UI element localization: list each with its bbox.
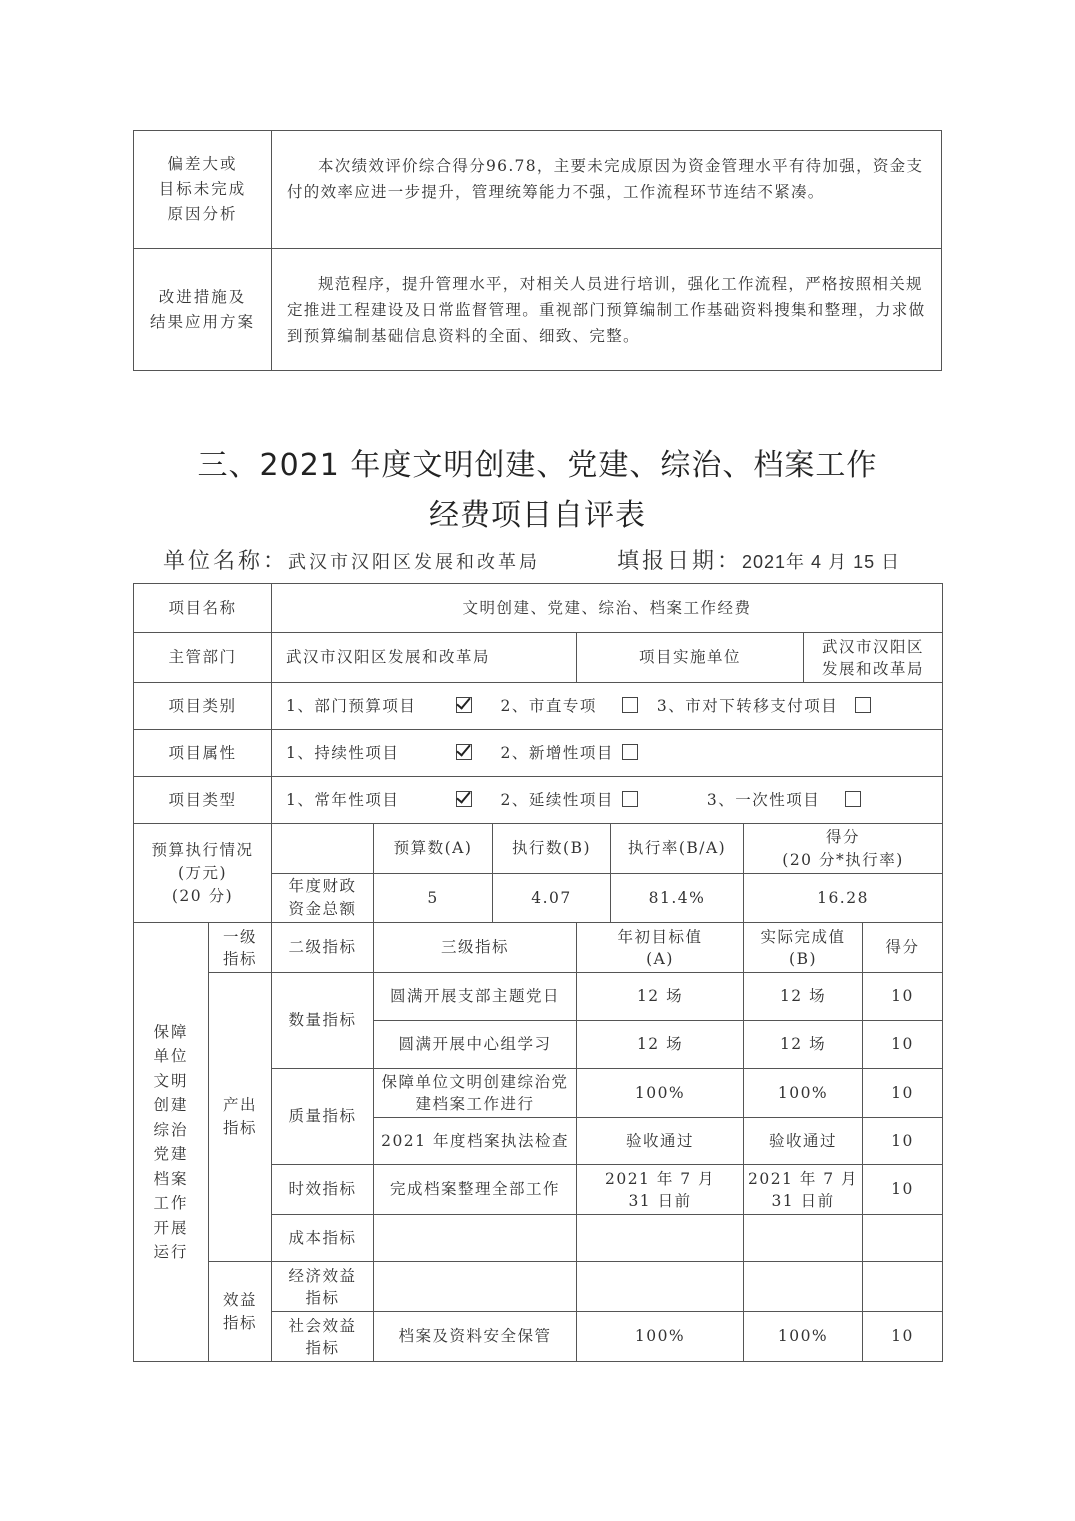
implementing-unit-line: 武汉市汉阳区	[804, 636, 942, 658]
checkbox-empty-icon[interactable]	[622, 697, 638, 713]
deviation-label-line: 目标未完成	[134, 177, 271, 202]
indicator-score: 10	[863, 1069, 943, 1118]
type-option-extended: 2、延续性项目	[500, 789, 620, 812]
category-option-city-special: 2、市直专项	[500, 695, 620, 718]
indicator-name: 圆满开展支部主题党日	[374, 973, 577, 1021]
annual-funds-label: 年度财政 资金总额	[272, 874, 374, 923]
project-type-label: 项目类型	[134, 777, 272, 824]
indicator-score: 10	[863, 1312, 943, 1362]
checkbox-checked-icon[interactable]	[456, 744, 472, 760]
improvement-label-cell: 改进措施及 结果应用方案	[134, 249, 272, 371]
category-option-transfer: 3、市对下转移支付项目	[657, 695, 853, 718]
self-evaluation-table: 项目名称 文明创建、党建、综治、档案工作经费 主管部门 武汉市汉阳区发展和改革局…	[133, 583, 943, 1362]
indicator-target: 验收通过	[577, 1118, 744, 1165]
attribute-option-continuous: 1、持续性项目	[286, 742, 454, 765]
score-header-line: 得分	[744, 826, 942, 849]
section-title: 三、2021 年度文明创建、党建、综治、档案工作	[0, 440, 1075, 484]
indicator-score: 10	[863, 1118, 943, 1165]
quality-indicator-label: 质量指标	[272, 1069, 374, 1165]
benefit-indicator-label: 效益 指标	[209, 1262, 272, 1362]
evaluation-summary-table: 偏差大或 目标未完成 原因分析 本次绩效评价综合得分96.78，主要未完成原因为…	[133, 130, 942, 371]
implementing-unit-line: 发展和改革局	[804, 658, 942, 680]
unit-name: 单位名称：武汉市汉阳区发展和改革局	[163, 544, 540, 575]
budget-blank-header	[272, 824, 374, 874]
quantity-indicator-label: 数量指标	[272, 973, 374, 1069]
deviation-label-line: 偏差大或	[134, 152, 271, 177]
execution-rate-header: 执行率(B/A)	[611, 824, 744, 874]
indicator-actual	[744, 1262, 863, 1312]
target-header-line: (A)	[577, 948, 743, 970]
indicator-name: 完成档案整理全部工作	[374, 1165, 577, 1215]
project-name-value: 文明创建、党建、综治、档案工作经费	[272, 584, 943, 633]
indicator-name: 保障单位文明创建综治党 建档案工作进行	[374, 1069, 577, 1118]
indicator-name-line: 建档案工作进行	[374, 1093, 576, 1115]
indicator-name	[374, 1215, 577, 1262]
indicator-actual: 验收通过	[744, 1118, 863, 1165]
type-option-annual: 1、常年性项目	[286, 789, 454, 812]
actual-line: 2021 年 7 月	[744, 1168, 862, 1190]
department-label: 主管部门	[134, 633, 272, 683]
indicator-name	[374, 1262, 577, 1312]
annual-funds-label-line: 资金总额	[272, 898, 373, 921]
benefit-label-line: 指标	[209, 1312, 271, 1335]
project-name-label: 项目名称	[134, 584, 272, 633]
executed-amount-header: 执行数(B)	[493, 824, 611, 874]
indicator-actual	[744, 1215, 863, 1262]
implementing-unit-label: 项目实施单位	[577, 633, 804, 683]
score-header: 得分	[863, 923, 943, 973]
actual-line: 31 日前	[744, 1190, 862, 1212]
timeliness-indicator-label: 时效指标	[272, 1165, 374, 1215]
actual-value-header: 实际完成值 (B)	[744, 923, 863, 973]
implementing-unit-value: 武汉市汉阳区 发展和改革局	[804, 633, 943, 683]
unit-name-value: 武汉市汉阳区发展和改革局	[288, 552, 540, 573]
social-label-line: 社会效益	[272, 1315, 373, 1337]
benefit-label-line: 效益	[209, 1289, 271, 1312]
improvement-label-line: 改进措施及	[134, 285, 271, 310]
indicator-target: 12 场	[577, 973, 744, 1021]
level3-header: 三级指标	[374, 923, 577, 973]
indicator-score	[863, 1215, 943, 1262]
section-subtitle: 经费项目自评表	[0, 490, 1075, 534]
indicator-actual: 12 场	[744, 1021, 863, 1069]
economic-label-line: 经济效益	[272, 1265, 373, 1287]
unit-name-label: 单位名称：	[163, 549, 288, 574]
annual-funds-label-line: 年度财政	[272, 875, 373, 898]
indicator-actual: 2021 年 7 月 31 日前	[744, 1165, 863, 1215]
category-option-dept-budget: 1、部门预算项目	[286, 695, 454, 718]
indicator-score: 10	[863, 1165, 943, 1215]
project-attribute-label: 项目属性	[134, 730, 272, 777]
target-line: 2021 年 7 月	[577, 1168, 743, 1190]
department-value: 武汉市汉阳区发展和改革局	[272, 633, 577, 683]
level1-header: 一级 指标	[209, 923, 272, 973]
indicator-score: 10	[863, 973, 943, 1021]
deviation-label-cell: 偏差大或 目标未完成 原因分析	[134, 131, 272, 249]
level2-header: 二级指标	[272, 923, 374, 973]
indicator-name: 圆满开展中心组学习	[374, 1021, 577, 1069]
checkbox-checked-icon[interactable]	[456, 697, 472, 713]
project-category-options: 1、部门预算项目 2、市直专项 3、市对下转移支付项目	[272, 683, 943, 730]
indicator-name-line: 保障单位文明创建综治党	[374, 1071, 576, 1093]
indicator-actual: 100%	[744, 1312, 863, 1362]
output-indicator-label: 产出 指标	[209, 973, 272, 1262]
checkbox-empty-icon[interactable]	[845, 791, 861, 807]
target-value-header: 年初目标值 (A)	[577, 923, 744, 973]
economic-label-line: 指标	[272, 1287, 373, 1309]
indicator-name: 档案及资料安全保管	[374, 1312, 577, 1362]
economic-benefit-label: 经济效益 指标	[272, 1262, 374, 1312]
output-label-line: 指标	[209, 1117, 271, 1140]
indicator-target	[577, 1215, 744, 1262]
budget-label-line: 预算执行情况	[134, 839, 271, 862]
indicator-score: 10	[863, 1021, 943, 1069]
report-date-value: 2021年 4 月 15 日	[742, 552, 900, 572]
indicator-score	[863, 1262, 943, 1312]
project-type-options: 1、常年性项目 2、延续性项目 3、一次性项目	[272, 777, 943, 824]
report-date: 填报日期：2021年 4 月 15 日	[617, 544, 900, 575]
social-benefit-label: 社会效益 指标	[272, 1312, 374, 1362]
executed-amount-value: 4.07	[493, 874, 611, 923]
overall-goal-cell: 保障单位文明创建综治党建档案工作开展运行	[134, 923, 209, 1362]
indicator-actual: 12 场	[744, 973, 863, 1021]
indicator-actual: 100%	[744, 1069, 863, 1118]
budget-amount-value: 5	[374, 874, 493, 923]
actual-header-line: (B)	[744, 948, 862, 970]
checkbox-empty-icon[interactable]	[622, 744, 638, 760]
indicator-target	[577, 1262, 744, 1312]
budget-amount-header: 预算数(A)	[374, 824, 493, 874]
checkbox-checked-icon[interactable]	[456, 791, 472, 807]
deviation-analysis-text: 本次绩效评价综合得分96.78，主要未完成原因为资金管理水平有待加强，资金支付的…	[272, 131, 942, 249]
budget-score-value: 16.28	[744, 874, 943, 923]
checkbox-empty-icon[interactable]	[622, 791, 638, 807]
project-attribute-options: 1、持续性项目 2、新增性项目	[272, 730, 943, 777]
target-header-line: 年初目标值	[577, 926, 743, 948]
budget-label-line: (万元)	[134, 862, 271, 885]
indicator-target: 12 场	[577, 1021, 744, 1069]
execution-rate-value: 81.4%	[611, 874, 744, 923]
indicator-name: 2021 年度档案执法检查	[374, 1118, 577, 1165]
improvement-label-line: 结果应用方案	[134, 310, 271, 335]
improvement-plan-text: 规范程序，提升管理水平，对相关人员进行培训，强化工作流程，严格按照相关规定推进工…	[272, 249, 942, 371]
deviation-label-line: 原因分析	[134, 202, 271, 227]
overall-goal-text: 保障单位文明创建综治党建档案工作开展运行	[151, 1020, 191, 1265]
budget-label-line: (20 分)	[134, 885, 271, 908]
project-category-label: 项目类别	[134, 683, 272, 730]
level1-header-line: 指标	[209, 948, 271, 970]
level1-header-line: 一级	[209, 926, 271, 948]
social-label-line: 指标	[272, 1337, 373, 1359]
cost-indicator-label: 成本指标	[272, 1215, 374, 1262]
actual-header-line: 实际完成值	[744, 926, 862, 948]
budget-execution-label: 预算执行情况 (万元) (20 分)	[134, 824, 272, 923]
score-header-line: (20 分*执行率)	[744, 849, 942, 872]
report-date-label: 填报日期：	[617, 549, 742, 574]
attribute-option-new: 2、新增性项目	[500, 742, 620, 765]
type-option-one-time: 3、一次性项目	[707, 789, 843, 812]
indicator-target: 2021 年 7 月 31 日前	[577, 1165, 744, 1215]
target-line: 31 日前	[577, 1190, 743, 1212]
output-label-line: 产出	[209, 1094, 271, 1117]
indicator-target: 100%	[577, 1069, 744, 1118]
indicator-target: 100%	[577, 1312, 744, 1362]
budget-score-header: 得分 (20 分*执行率)	[744, 824, 943, 874]
checkbox-empty-icon[interactable]	[855, 697, 871, 713]
